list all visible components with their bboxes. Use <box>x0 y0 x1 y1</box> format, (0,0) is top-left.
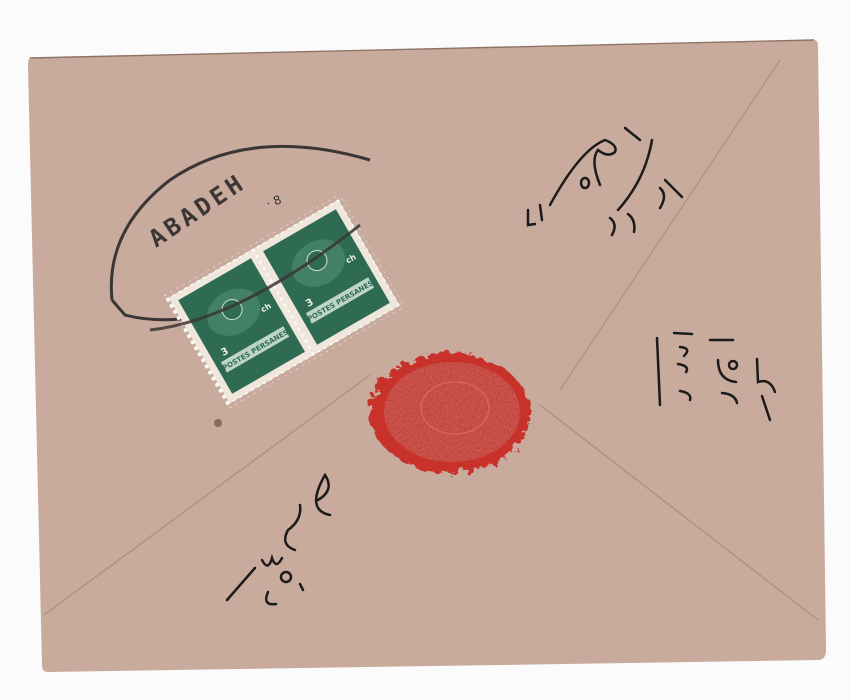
wax-seal <box>370 353 530 473</box>
envelope-back: ABADEH · 8 POSTES PERSANES 3 ch POSTES P… <box>0 0 850 700</box>
